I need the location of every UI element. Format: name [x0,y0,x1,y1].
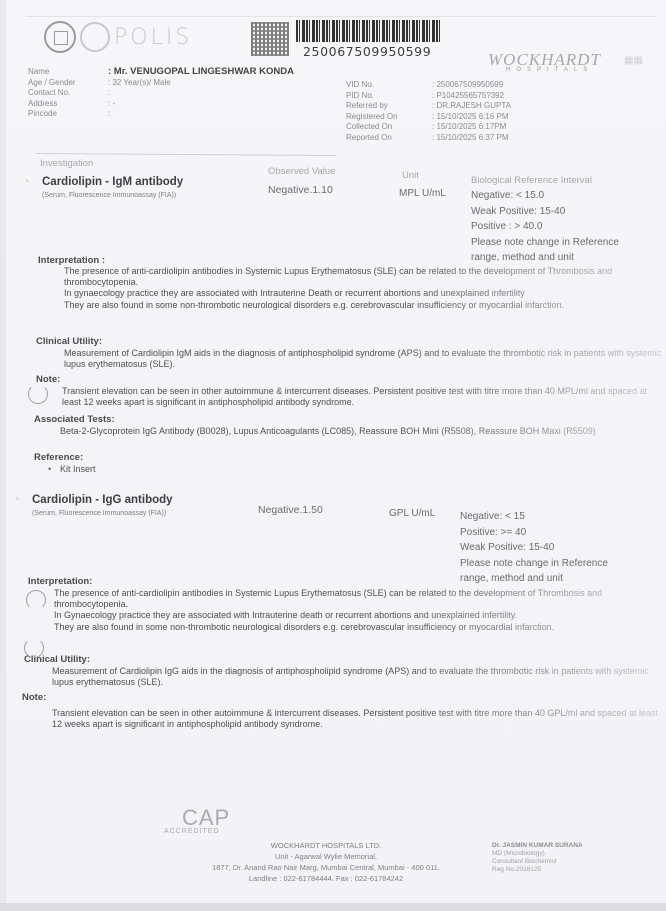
reported-on-value: : 15/10/2025 6:37 PM [432,133,509,144]
interpretation-item: In Gynaecology practice they are associa… [54,610,664,621]
punch-hole-icon [28,384,48,404]
header-investigation: Investigation [40,158,93,169]
cap-accreditation-logo: CAP ACCREDITED [164,805,230,835]
interpretation-list-igm: The presence of anti-cardiolipin antibod… [64,266,664,311]
field-label: Contact No. [28,88,108,99]
test-method-igm: (Serum, Fluorescence Immunoassay (FIA)) [42,192,176,199]
clinical-utility-title-igm: Clinical Utility: [36,336,102,347]
pid-value: : P1042556575?392 [432,91,504,102]
field-label: Age / Gender [28,78,108,89]
footer-line: Unit - Agarwal Wylie Memorial, [196,851,456,862]
section-divider [36,153,336,156]
lab-logo-text: POLIS [114,25,192,50]
header-reference: Biological Reference Interval [471,175,592,186]
seal-icon [44,21,76,53]
clinical-utility-item: Measurement of Cardiolipin IgM aids in t… [64,348,664,370]
ref-line: Positive : > 40.0 [471,219,619,235]
signatory-name: Dr. JASMIN KUMAR SURANA [492,842,583,850]
barcode [296,20,441,42]
field-label: VID No. [346,80,432,91]
field-label: Name [28,67,108,78]
barcode-number: 250067509950599 [303,44,431,59]
interpretation-item: They are also found in some non-thrombot… [64,300,664,311]
interpretation-list-igg: The presence of anti-cardiolipin antibod… [54,588,664,633]
note-item: Transient elevation can be seen in other… [52,708,664,730]
clinical-utility-list-igm: Measurement of Cardiolipin IgM aids in t… [64,348,664,370]
reference-list: Kit Insert [60,464,360,475]
reported-row: Reported On: 15/10/2025 6:37 PM [346,133,511,144]
unit-igm: MPL U/mL [399,188,446,199]
note-item: Transient elevation can be seen in other… [62,386,664,408]
bullet-icon: ◦ [26,176,29,185]
vid-row: VID No.: 250067509950599 [346,80,511,91]
patient-name: : Mr. VENUGOPAL LINGESHWAR KONDA [108,67,294,78]
hospital-logo: WOCKHARDT HOSPITALS [488,50,601,73]
associated-tests-list: Beta-2-Glycoprotein IgG Antibody (B0028)… [60,426,664,437]
test-method-igg: (Serum, Fluorescence Immunoassay (FIA)) [32,510,166,517]
patient-address-row: Address: - [28,99,294,110]
field-label: Reported On [346,133,432,144]
patient-age-row: Age / Gender: 32 Year(s)/ Male [28,78,294,89]
ref-line: Negative: < 15.0 [471,188,619,204]
patient-address: : - [108,99,115,110]
ref-line: Please note change in Reference [471,235,619,251]
field-label: PID No. [346,91,432,102]
associated-tests-title: Associated Tests: [34,414,115,425]
hospital-address: WOCKHARDT HOSPITALS LTD. Unit - Agarwal … [196,840,456,884]
reference-item: Kit Insert [60,464,360,475]
interpretation-item: The presence of anti-cardiolipin antibod… [64,266,664,288]
field-label: Registered On [346,112,432,123]
signatory-line: MD (Microbiology) [492,850,583,858]
interpretation-item: In gynaecology practice they are associa… [64,288,664,299]
pid-row: PID No.: P1042556575?392 [346,91,511,102]
header-observed-value: Observed Value [268,166,335,177]
reference-range-igg: Negative: < 15 Positive: >= 40 Weak Posi… [460,509,608,587]
test-name-igg: Cardiolipin - IgG antibody [32,494,173,506]
patient-name-row: Name: Mr. VENUGOPAL LINGESHWAR KONDA [28,67,294,78]
observed-value-igg: Negative.1.50 [258,504,323,516]
field-label: Collected On [346,122,432,133]
patient-contact-row: Contact No.: [28,88,294,99]
bullet-icon: ◦ [16,494,19,503]
field-label: Referred by [346,101,432,112]
registered-row: Registered On: 15/10/2025 6:16 PM [346,112,511,123]
header-unit: Unit [402,170,419,181]
punch-hole-icon [24,638,44,658]
footer-line: Landline : 022-61784444. Fax : 022-61784… [196,873,456,884]
footer-line: 1877, Dr. Anand Rao Nair Marg, Mumbai Ce… [196,862,456,873]
clinical-utility-list-igg: Measurement of Cardiolipin IgG aids in t… [52,666,664,688]
ref-line: Positive: >= 40 [460,525,608,541]
lab-logo: POLIS [44,18,192,56]
ref-line: Weak Positive: 15-40 [460,540,608,556]
lab-report-page: POLIS 250067509950599 WOCKHARDT HOSPITAL… [0,0,666,903]
ref-line: Please note change in Reference [460,556,608,572]
interpretation-item: They are also found in some non-thrombot… [54,622,664,633]
patient-age-gender: : 32 Year(s)/ Male [108,78,171,89]
observed-value-igm: Negative.1.10 [268,184,333,196]
hospital-brand-sub: HOSPITALS [506,67,601,73]
registered-on-value: : 15/10/2025 6:16 PM [432,112,509,123]
interpretation-title-igm: Interpretation : [38,255,105,266]
clinical-utility-item: Measurement of Cardiolipin IgG aids in t… [52,666,664,688]
accreditation-mark-icon: ▦▦ [624,56,664,76]
ref-line: Weak Positive: 15-40 [471,204,619,220]
patient-pincode: : [108,109,110,120]
ref-line: Negative: < 15 [460,509,608,525]
associated-test-item: Beta-2-Glycoprotein IgG Antibody (B0028)… [60,426,664,437]
referred-row: Referred by: DR.RAJESH GUPTA [346,101,511,112]
unit-igg: GPL U/mL [389,508,435,519]
patient-details: Name: Mr. VENUGOPAL LINGESHWAR KONDA Age… [28,67,294,120]
logo-mark-icon [80,22,110,52]
punch-hole-icon [26,590,46,610]
field-label: Address [28,99,108,110]
signatory-line: Reg No.2016125 [492,866,583,874]
qr-code-icon [251,22,289,56]
collected-on-value: : 15/10/2025 6:17PM [432,122,506,133]
reference-title: Reference: [34,452,83,463]
vid-value: : 250067509950599 [432,80,503,91]
footer-line: WOCKHARDT HOSPITALS LTD. [196,840,456,851]
visit-details: VID No.: 250067509950599 PID No.: P10425… [346,80,511,144]
test-name-igm: Cardiolipin - IgM antibody [42,176,183,188]
note-title-igg: Note: [22,692,46,703]
top-divider [26,16,656,17]
interpretation-item: The presence of anti-cardiolipin antibod… [54,588,664,610]
ref-line: range, method and unit [471,250,619,266]
patient-contact: : [108,88,110,99]
signatory-line: Consultant Biochemist [492,858,583,866]
interpretation-title-igg: Interpretation: [28,576,92,587]
collected-row: Collected On: 15/10/2025 6:17PM [346,122,511,133]
signatory: Dr. JASMIN KUMAR SURANA MD (Microbiology… [492,842,583,874]
patient-pincode-row: Pincode: [28,109,294,120]
reference-range-igm: Negative: < 15.0 Weak Positive: 15-40 Po… [471,188,619,266]
ref-line: range, method and unit [460,571,608,587]
note-list-igg: Transient elevation can be seen in other… [52,708,664,730]
note-list-igm: Transient elevation can be seen in other… [62,386,664,408]
referred-by-value: : DR.RAJESH GUPTA [432,101,511,112]
field-label: Pincode [28,109,108,120]
